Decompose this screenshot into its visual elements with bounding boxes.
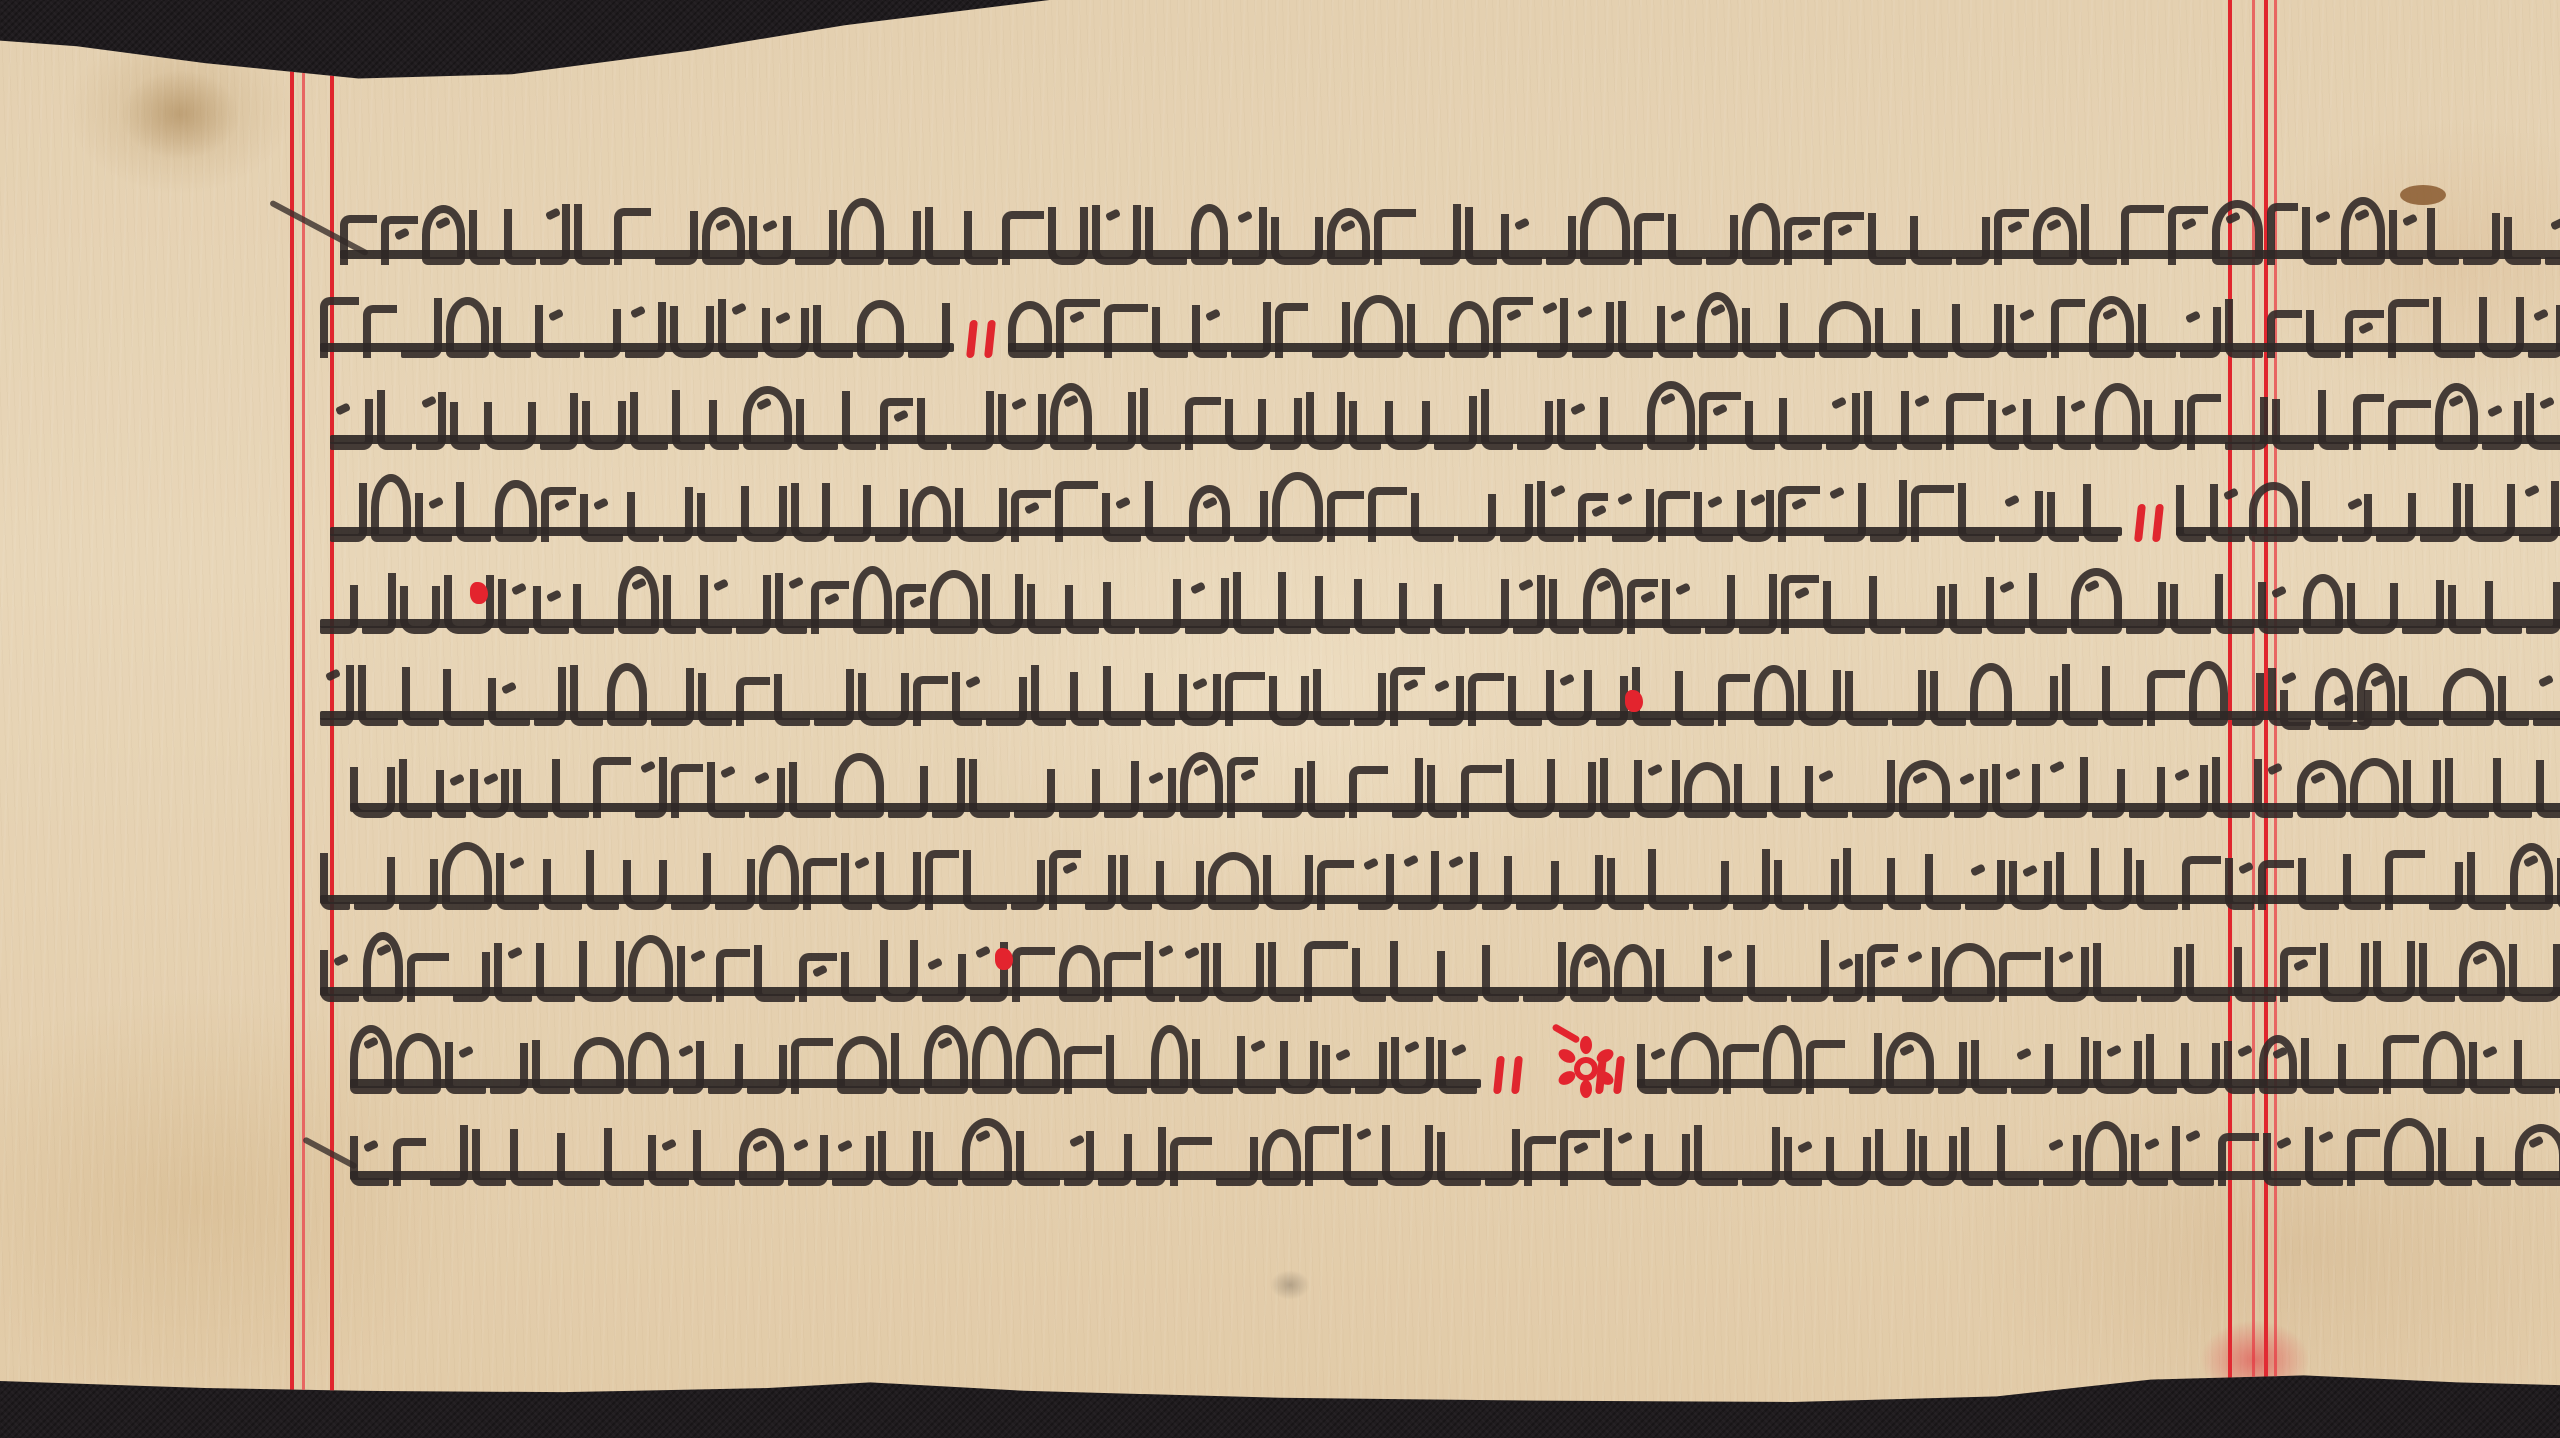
red-margin-rule xyxy=(302,0,305,1402)
danda-stroke xyxy=(1595,1056,1607,1094)
script-text-run xyxy=(320,842,2560,910)
stain xyxy=(1270,1270,1310,1300)
baseline-stroke xyxy=(350,803,2560,812)
manuscript-line-6 xyxy=(320,666,2230,726)
manuscript-line-4 xyxy=(330,482,2230,542)
danda-stroke xyxy=(966,320,978,358)
manuscript-line-8 xyxy=(320,850,2230,910)
script-text-run xyxy=(350,752,2560,818)
baseline-stroke xyxy=(320,987,2560,996)
manuscript-line-5 xyxy=(320,574,2230,634)
margin-glyph xyxy=(2328,690,2372,730)
stain xyxy=(120,70,240,160)
manuscript-line-11 xyxy=(350,1126,2230,1186)
baseline-stroke xyxy=(320,619,2560,628)
baseline-stroke xyxy=(340,250,2560,259)
baseline-stroke xyxy=(350,1079,1481,1088)
manuscript-folio xyxy=(0,0,2560,1402)
red-accent-mark xyxy=(470,582,488,604)
baseline-stroke xyxy=(1637,1079,2560,1088)
danda-stroke xyxy=(1493,1056,1505,1094)
baseline-stroke xyxy=(350,1171,2560,1180)
baseline-stroke xyxy=(320,343,954,352)
margin-glyph xyxy=(2280,690,2310,730)
baseline-stroke xyxy=(1008,343,2560,352)
manuscript-line-2 xyxy=(320,298,2230,358)
manuscript-line-1 xyxy=(340,205,2230,265)
script-text-run xyxy=(320,661,2560,726)
baseline-stroke xyxy=(320,711,2560,720)
script-text-run xyxy=(320,932,2560,1002)
baseline-stroke xyxy=(2176,527,2560,536)
baseline-stroke xyxy=(330,435,2560,444)
red-double-danda xyxy=(2136,492,2162,542)
danda-stroke xyxy=(984,320,996,358)
script-text-run xyxy=(330,472,2122,542)
script-text-run xyxy=(2176,481,2560,542)
manuscript-line-9 xyxy=(320,942,2230,1002)
danda-stroke xyxy=(1613,1056,1625,1094)
red-accent-mark xyxy=(995,948,1013,970)
manuscript-line-7 xyxy=(350,758,2230,818)
danda-stroke xyxy=(1511,1056,1523,1094)
script-text-run xyxy=(350,1118,2560,1186)
script-text-run xyxy=(350,1025,1481,1094)
manuscript-line-3 xyxy=(330,390,2230,450)
script-text-run xyxy=(1637,1025,2560,1094)
red-double-danda xyxy=(968,308,994,358)
danda-stroke xyxy=(2134,504,2146,542)
script-text-run xyxy=(340,197,2560,265)
script-text-run xyxy=(320,297,954,358)
baseline-stroke xyxy=(320,895,2560,904)
red-accent-mark xyxy=(1625,690,1643,712)
script-text-run xyxy=(1008,292,2560,358)
danda-stroke xyxy=(2152,504,2164,542)
baseline-stroke xyxy=(330,527,2122,536)
script-text-run xyxy=(330,381,2560,450)
red-double-danda xyxy=(1495,1044,1521,1094)
right-margin-note xyxy=(2280,690,2376,730)
manuscript-line-10 xyxy=(350,1034,2230,1094)
script-text-run xyxy=(320,566,2560,635)
